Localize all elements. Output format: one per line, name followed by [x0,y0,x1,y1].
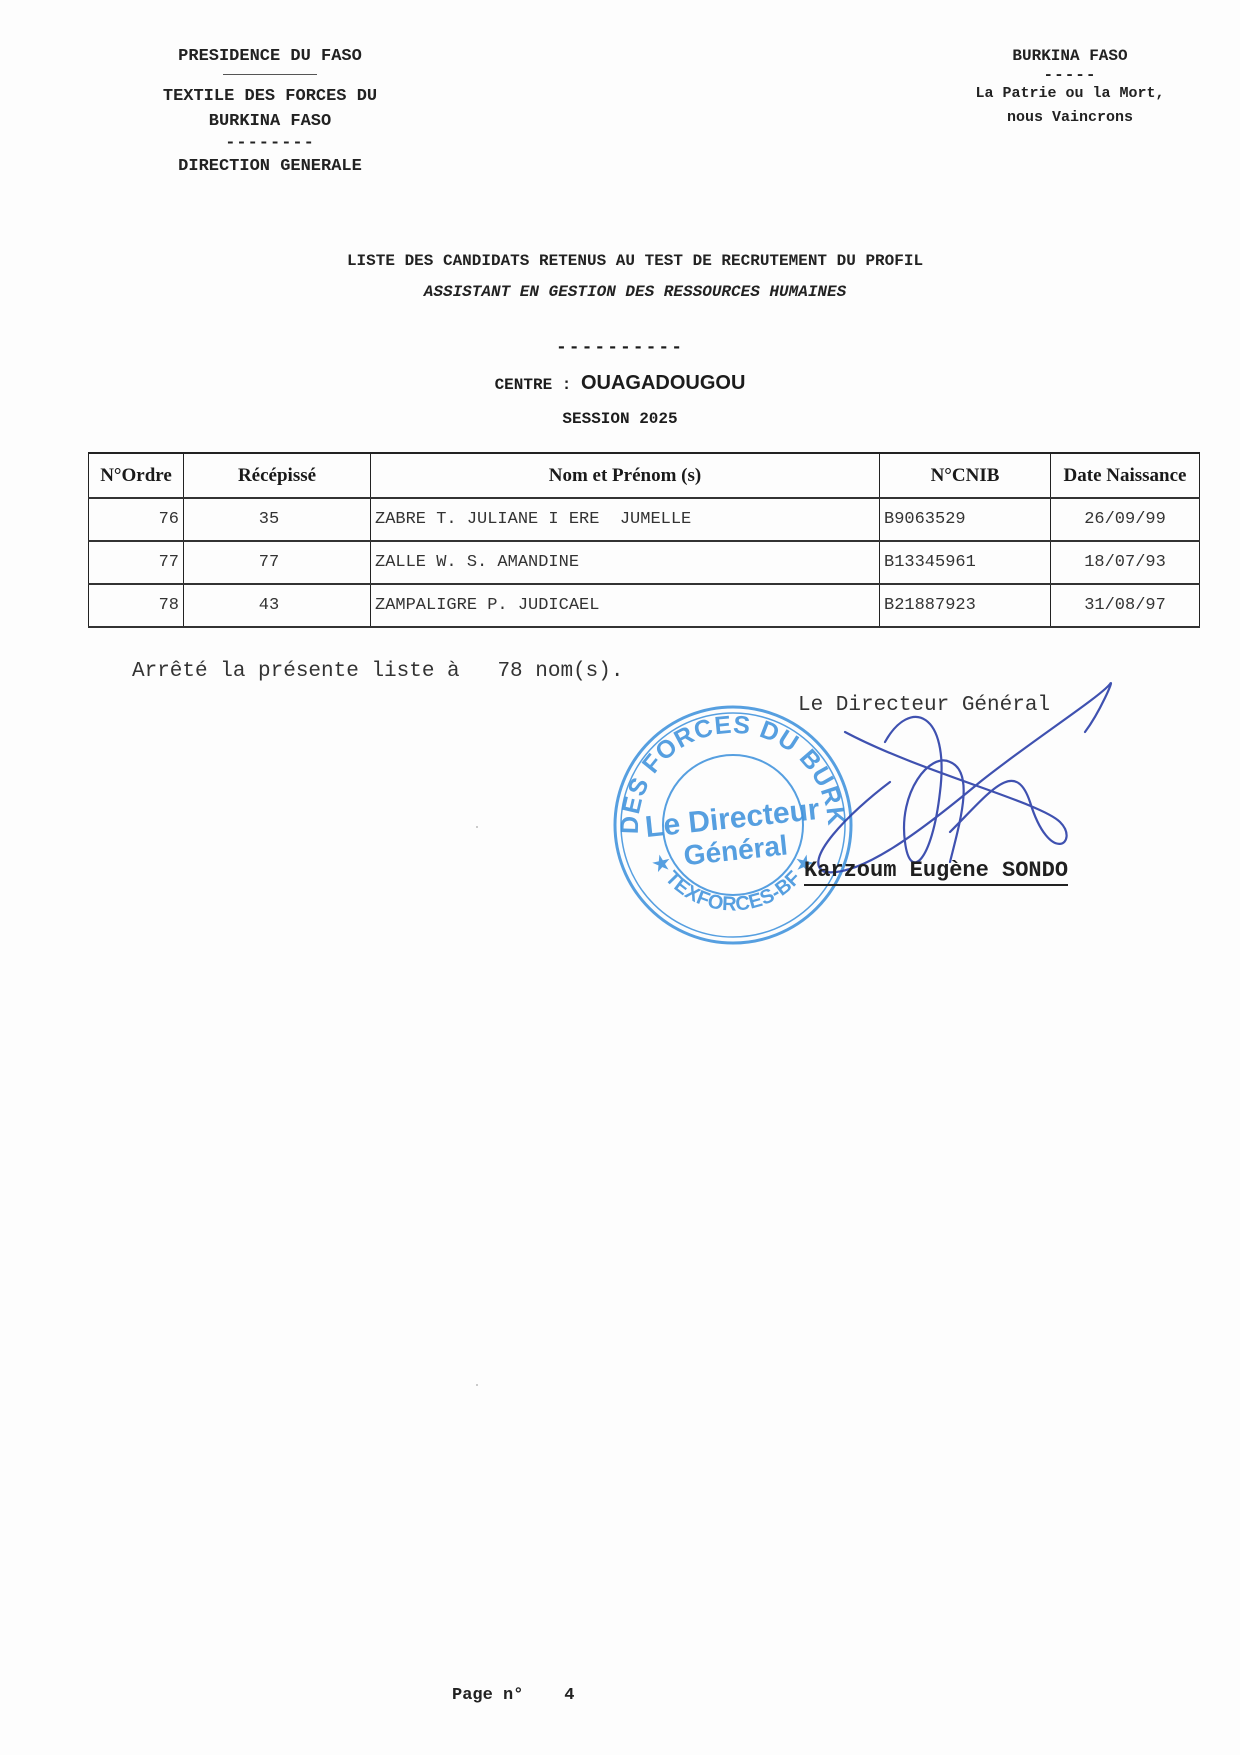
signatory-name: Karzoum Eugène SONDO [804,858,1068,886]
header-rule [223,74,317,75]
cell-nom: ZAMPALIGRE P. JUDICAEL [371,584,880,627]
cell-cnib: B9063529 [880,498,1051,541]
motto-line1: La Patrie ou la Mort, [940,82,1200,106]
closing-statement: Arrêté la présente liste à 78 nom(s). [132,660,623,683]
header-dashes: -------- [120,134,420,154]
centre-label: CENTRE : [495,376,572,394]
page-number: Page n° 4 [452,1686,574,1705]
cell-ordre: 77 [89,541,184,584]
issuer-header: PRESIDENCE DU FASO TEXTILE DES FORCES DU… [120,44,420,179]
direction-label: DIRECTION GENERALE [120,154,420,179]
profile-title: ASSISTANT EN GESTION DES RESSOURCES HUMA… [0,277,1240,308]
cell-date: 31/08/97 [1051,584,1200,627]
cell-date: 18/07/93 [1051,541,1200,584]
page-value: 4 [564,1686,574,1705]
scan-speck [476,1384,478,1386]
motto-line2: nous Vaincrons [940,106,1200,130]
country-name: BURKINA FASO [940,44,1200,68]
table-row: 77 77 ZALLE W. S. AMANDINE B13345961 18/… [89,541,1200,584]
cell-recepisse: 43 [184,584,371,627]
title-separator: ---------- [0,338,1240,358]
page-label: Page n° [452,1686,523,1705]
col-header-nom: Nom et Prénom (s) [371,453,880,498]
scan-speck [476,826,478,828]
candidates-table: N°Ordre Récépissé Nom et Prénom (s) N°CN… [88,452,1200,628]
table-row: 76 35 ZABRE T. JULIANE I ERE JUMELLE B90… [89,498,1200,541]
session-label: SESSION 2025 [0,410,1240,428]
cell-ordre: 76 [89,498,184,541]
cell-date: 26/09/99 [1051,498,1200,541]
cell-nom: ZALLE W. S. AMANDINE [371,541,880,584]
country-header: BURKINA FASO ----- La Patrie ou la Mort,… [940,44,1200,130]
cell-recepisse: 77 [184,541,371,584]
cell-recepisse: 35 [184,498,371,541]
organization-name-line1: TEXTILE DES FORCES DU [120,84,420,109]
cell-cnib: B13345961 [880,541,1051,584]
centre-line: CENTRE : OUAGADOUGOU [0,372,1240,395]
title-line: LISTE DES CANDIDATS RETENUS AU TEST DE R… [0,246,1240,277]
organization-name-line2: BURKINA FASO [120,109,420,134]
col-header-cnib: N°CNIB [880,453,1051,498]
cell-ordre: 78 [89,584,184,627]
col-header-date: Date Naissance [1051,453,1200,498]
col-header-ordre: N°Ordre [89,453,184,498]
centre-value: OUAGADOUGOU [581,372,745,394]
cell-nom: ZABRE T. JULIANE I ERE JUMELLE [371,498,880,541]
table-row: 78 43 ZAMPALIGRE P. JUDICAEL B21887923 3… [89,584,1200,627]
presidency-label: PRESIDENCE DU FASO [120,44,420,69]
col-header-recepisse: Récépissé [184,453,371,498]
country-dashes: ----- [940,68,1200,82]
document-title: LISTE DES CANDIDATS RETENUS AU TEST DE R… [0,246,1240,308]
table-header-row: N°Ordre Récépissé Nom et Prénom (s) N°CN… [89,453,1200,498]
cell-cnib: B21887923 [880,584,1051,627]
